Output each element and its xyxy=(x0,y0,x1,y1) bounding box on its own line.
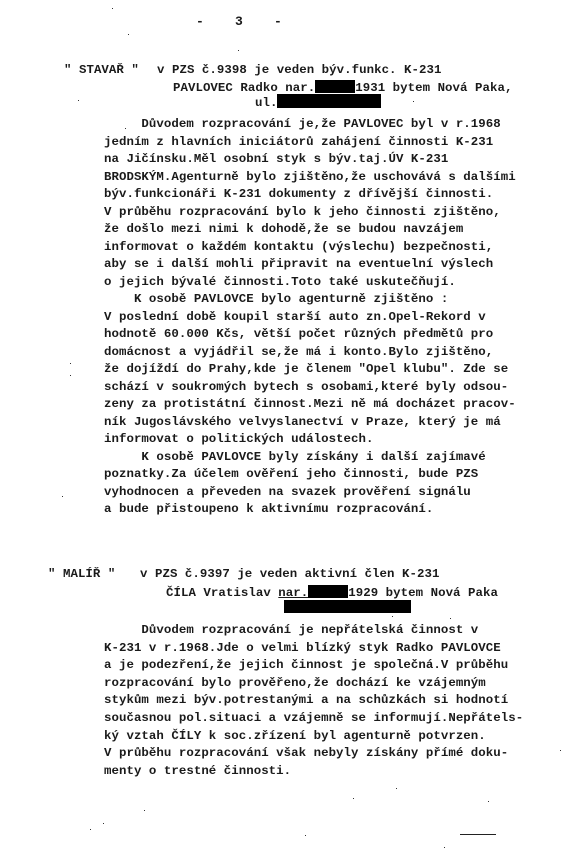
scan-speck xyxy=(560,750,561,751)
document-page: - 3 - " STAVAŘ " v PZS č.9398 je veden b… xyxy=(0,0,588,864)
scan-speck xyxy=(396,788,397,789)
scan-speck xyxy=(125,128,126,129)
body-text-line: menty o trestné činnosti. xyxy=(104,763,291,779)
body-text-line: vyhodnocen a převeden na svazek prověřen… xyxy=(104,484,471,500)
section2-name-suffix: 1929 bytem Nová Paka xyxy=(348,586,498,600)
body-text-line: ký vztah ČÍLY k soc.zřízení byl agenturn… xyxy=(104,728,486,744)
section1-address-line: ul. xyxy=(255,94,381,111)
redaction-box xyxy=(308,585,348,598)
scan-speck xyxy=(238,50,239,51)
body-text-line: býv.funkcionáři K-231 dokumenty z dřívěj… xyxy=(104,186,493,202)
body-text-line: schází v soukromých bytech s osobami,kte… xyxy=(104,379,508,395)
section1-codename: " STAVAŘ " xyxy=(64,62,139,78)
scan-speck xyxy=(70,375,71,376)
body-text-line: V poslední době koupil starší auto zn.Op… xyxy=(104,309,486,325)
body-text-line: na Jičínsku.Měl osobní styk s býv.taj.ÚV… xyxy=(104,151,448,167)
body-text-line: rozpracování bylo prověřeno,že dochází k… xyxy=(104,675,486,691)
body-text-line: jedním z hlavních iniciátorů zahájení či… xyxy=(104,134,493,150)
section2-name-nar: nar. xyxy=(278,586,308,600)
scan-speck xyxy=(392,616,393,617)
body-text-line: Důvodem rozpracování je nepřátelská činn… xyxy=(104,622,478,638)
scan-speck xyxy=(120,217,121,218)
section2-name-prefix: ČÍLA Vratislav xyxy=(166,586,278,600)
body-text-line: informovat o politických událostech. xyxy=(104,431,373,447)
scan-speck xyxy=(90,829,91,830)
page-number: - 3 - xyxy=(196,14,316,29)
body-text-line: stykům mezi býv.potrestanými a na schůzk… xyxy=(104,692,508,708)
scan-speck xyxy=(444,847,445,848)
body-text-line: V průběhu rozpracování však nebyly získá… xyxy=(104,745,508,761)
body-text-line: ník Jugoslávského velvyslanectví v Praze… xyxy=(104,414,501,430)
body-text-line: hodnotě 60.000 Kčs, větší počet různých … xyxy=(104,326,493,342)
scan-speck xyxy=(144,810,145,811)
body-text-line: že dojíždí do Prahy,kde je členem "Opel … xyxy=(104,361,508,377)
body-text-line: informovat o každém kontaktu (výslechu) … xyxy=(104,239,493,255)
body-text-line: že došlo mezi nimi k dohodě,že se budou … xyxy=(104,221,463,237)
body-text-line: o jejich bývalé činnosti.Toto také uskut… xyxy=(104,274,456,290)
scan-speck xyxy=(70,363,71,364)
section1-name-suffix: 1931 bytem Nová Paka, xyxy=(355,81,512,95)
scan-speck xyxy=(78,100,79,101)
section2-name-line: ČÍLA Vratislav nar.1929 bytem Nová Paka xyxy=(166,585,498,601)
scan-speck xyxy=(305,835,306,836)
body-text-line: aby se i další mohli připravit na eventu… xyxy=(104,256,493,272)
section1-address-prefix: ul. xyxy=(255,96,277,110)
scan-speck xyxy=(112,8,113,9)
body-text-line: V průběhu rozpracování bylo k jeho činno… xyxy=(104,204,501,220)
body-text-line: a bude přistoupeno k aktivnímu rozpracov… xyxy=(104,501,433,517)
redaction-box xyxy=(277,94,381,108)
body-text-line: domácnost a vyjádřil se,že má i konto.By… xyxy=(104,344,493,360)
scan-speck xyxy=(103,823,104,824)
redaction-box xyxy=(315,80,355,93)
scan-speck xyxy=(488,801,489,802)
section2-codename: " MALÍŘ " xyxy=(48,566,115,582)
redaction-box xyxy=(284,600,411,613)
body-text-line: poznatky.Za účelem ověření jeho činnosti… xyxy=(104,466,478,482)
body-text-line: BRODSKÝM.Agenturně bylo zjištěno,že usch… xyxy=(104,169,516,185)
scan-mark xyxy=(460,834,496,835)
scan-speck xyxy=(396,472,397,473)
scan-speck xyxy=(128,34,129,35)
scan-speck xyxy=(353,798,354,799)
body-text-line: K-231 v r.1968.Jde o velmi blízký styk R… xyxy=(104,640,501,656)
section2-header-line: v PZS č.9397 je veden aktivní člen K-231 xyxy=(140,566,439,582)
scan-speck xyxy=(413,101,414,102)
scan-speck xyxy=(450,618,451,619)
body-text-line: K osobě PAVLOVCE byly získány i další za… xyxy=(104,449,486,465)
section1-header-line: v PZS č.9398 je veden býv.funkc. K-231 xyxy=(157,62,441,78)
section1-name-prefix: PAVLOVEC Radko nar. xyxy=(173,81,315,95)
body-text-line: současnou pol.situaci a vzájemně se info… xyxy=(104,710,523,726)
body-text-line: a je podezření,že jejich činnost je spol… xyxy=(104,657,508,673)
body-text-line: zeny za protistátní činnost.Mezi ně má d… xyxy=(104,396,516,412)
body-text-line: Důvodem rozpracování je,že PAVLOVEC byl … xyxy=(104,116,501,132)
scan-speck xyxy=(62,496,63,497)
body-text-line: K osobě PAVLOVCE bylo agenturně zjištěno… xyxy=(104,291,448,307)
